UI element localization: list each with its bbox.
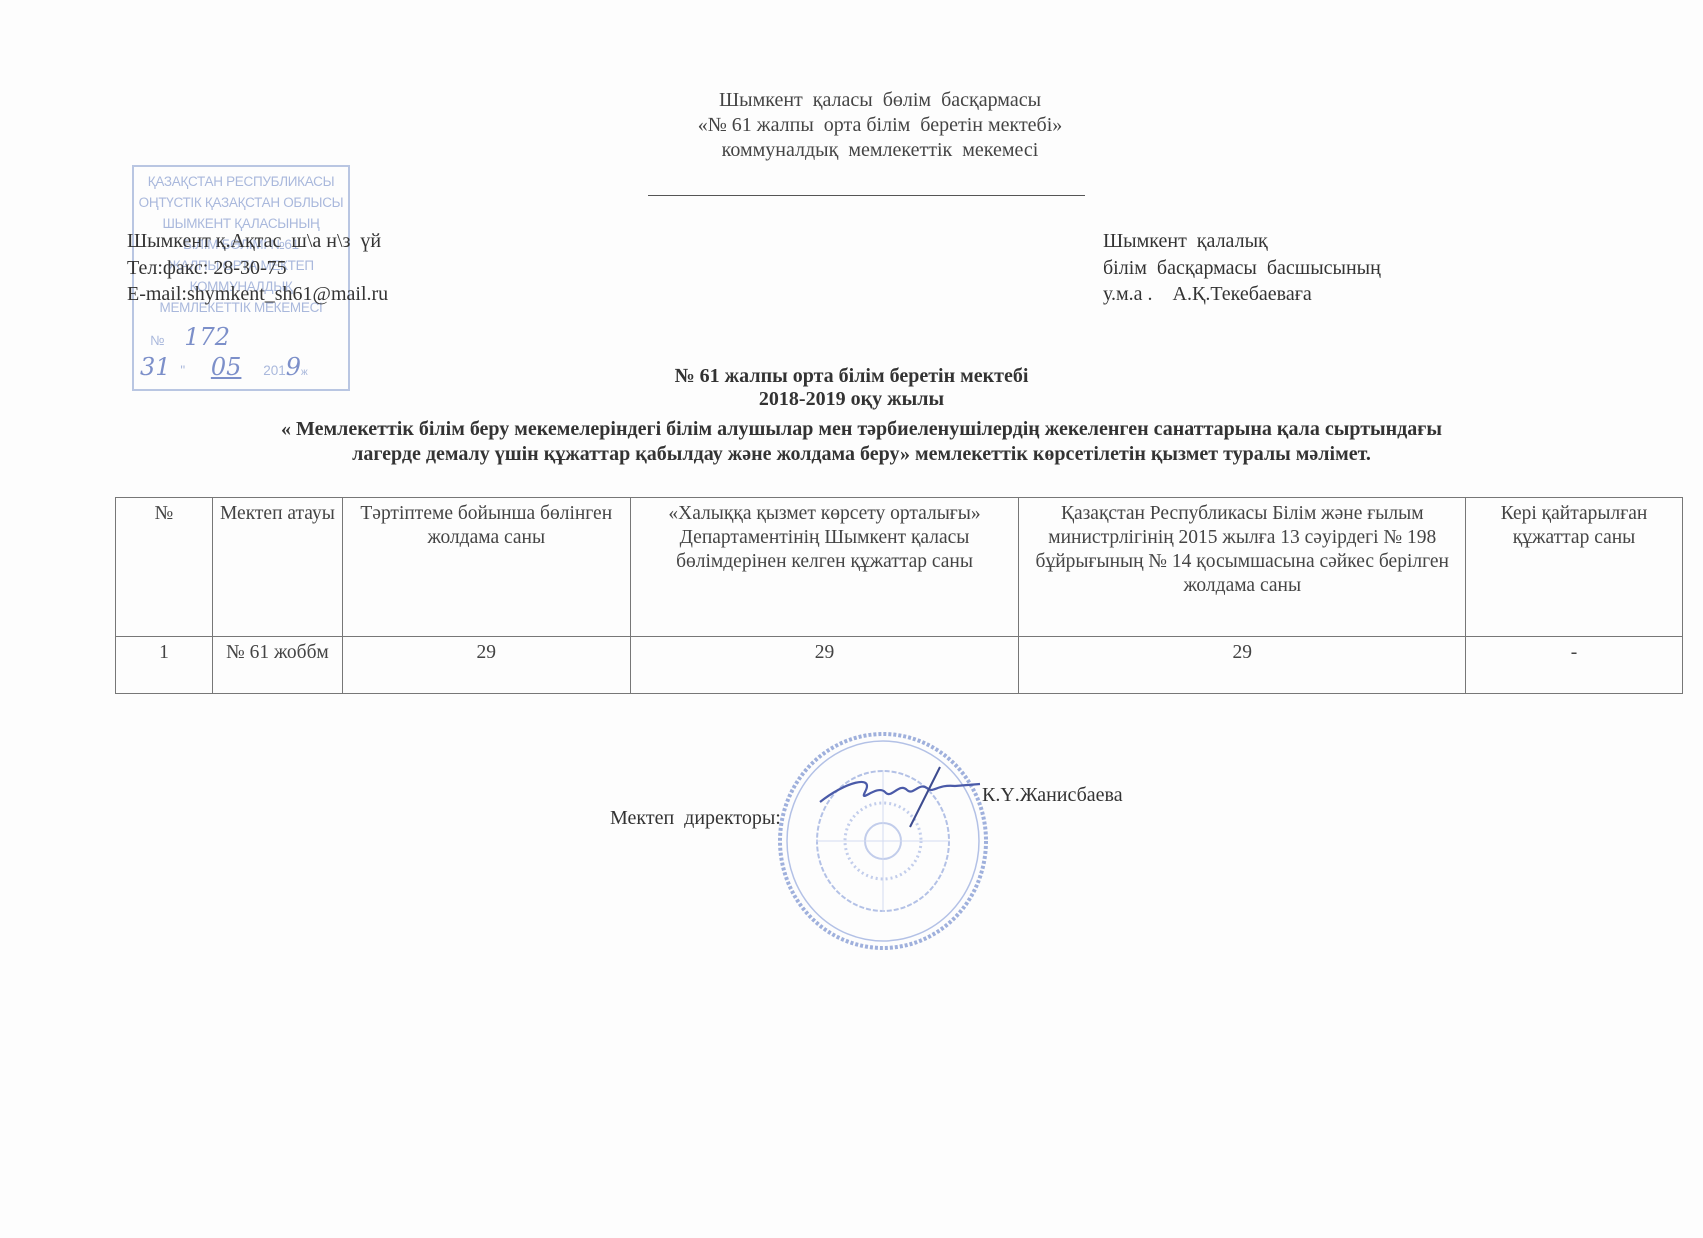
header-returned-documents: Кері қайтарылған құжаттар саны: [1466, 498, 1683, 637]
signature-label: Мектеп директоры:: [610, 807, 781, 829]
recipient-line-2: білім басқармасы басшысының: [1103, 255, 1381, 282]
cell-number: 1: [116, 637, 213, 694]
header-allocated-vouchers: Тәртіптеме бойынша бөлінген жолдама саны: [342, 498, 630, 637]
document-title: № 61 жалпы орта білім беретін мектебі 20…: [100, 365, 1603, 411]
header-issued-vouchers: Қазақстан Республикасы Білім және ғылым …: [1019, 498, 1466, 637]
subtitle-line-2: лагерде демалу үшін құжаттар қабылдау жә…: [110, 442, 1613, 467]
recipient-block: Шымкент қалалық білім басқармасы басшысы…: [1103, 228, 1381, 308]
cell-issued-vouchers: 29: [1019, 637, 1466, 694]
header-divider: [648, 195, 1085, 196]
handwritten-number: 172: [184, 323, 230, 351]
sender-address: Шымкент қ.Ақтас ш\а н\з үй Тел:факс: 28-…: [127, 228, 388, 308]
header-school-name: Мектеп атауы: [212, 498, 342, 637]
table-header-row: № Мектеп атауы Тәртіптеме бойынша бөлінг…: [116, 498, 1683, 637]
organization-header: Шымкент қаласы бөлім басқармасы «№ 61 жа…: [560, 88, 1200, 163]
org-line-1: Шымкент қаласы бөлім басқармасы: [560, 88, 1200, 113]
sender-email: E-mail:shymkent_sh61@mail.ru: [127, 281, 388, 308]
sender-address-line: Шымкент қ.Ақтас ш\а н\з үй: [127, 228, 388, 255]
recipient-line-3: у.м.а . А.Қ.Текебаеваға: [1103, 281, 1381, 308]
data-table: № Мектеп атауы Тәртіптеме бойынша бөлінг…: [115, 497, 1683, 694]
stamp-line: ҚАЗАҚСТАН РЕСПУБЛИКАСЫ: [134, 171, 348, 192]
sender-phone: Тел:факс: 28-30-75: [127, 255, 388, 282]
signature-line: Мектеп директоры: К.Ү.Жанисбаева: [600, 784, 781, 876]
handwritten-signature-icon: [815, 762, 985, 832]
director-name: К.Ү.Жанисбаева: [982, 784, 1123, 807]
cell-returned-documents: -: [1466, 637, 1683, 694]
document-subtitle: « Мемлекеттік білім беру мекемелеріндегі…: [110, 417, 1613, 467]
title-school: № 61 жалпы орта білім беретін мектебі: [100, 365, 1603, 388]
cell-received-documents: 29: [630, 637, 1019, 694]
org-line-2: «№ 61 жалпы орта білім беретін мектебі»: [560, 113, 1200, 138]
cell-school-name: № 61 жоббм: [212, 637, 342, 694]
stamp-number: № 172: [150, 327, 230, 351]
subtitle-line-1: « Мемлекеттік білім беру мекемелеріндегі…: [110, 417, 1613, 442]
table-row: 1 № 61 жоббм 29 29 29 -: [116, 637, 1683, 694]
title-year: 2018-2019 оқу жылы: [100, 388, 1603, 411]
header-received-documents: «Халыққа қызмет көрсету орталығы» Департ…: [630, 498, 1019, 637]
org-line-3: коммуналдық мемлекеттік мекемесі: [560, 138, 1200, 163]
header-number: №: [116, 498, 213, 637]
stamp-line: ОҢТҮСТІК ҚАЗАҚСТАН ОБЛЫСЫ: [134, 192, 348, 213]
recipient-line-1: Шымкент қалалық: [1103, 228, 1381, 255]
cell-allocated-vouchers: 29: [342, 637, 630, 694]
